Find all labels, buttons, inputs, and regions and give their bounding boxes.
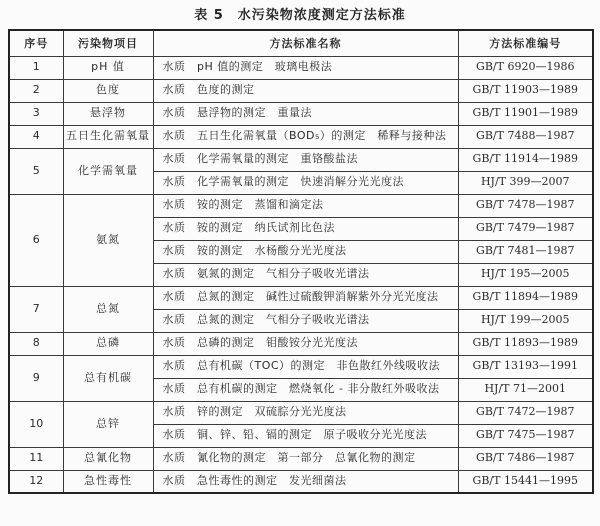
method-code-cell: GB/T 6920—1986 [458, 56, 593, 79]
method-name-cell: 水质 pH 值的测定 玻璃电极法 [153, 56, 458, 79]
pollutant-cell: 总锌 [63, 401, 153, 447]
pollutant-cell: 五日生化需氧量 [63, 125, 153, 148]
method-code-cell: HJ/T 399—2007 [458, 171, 593, 194]
pollutant-cell: pH 值 [63, 56, 153, 79]
table-row: 11总氰化物水质 氰化物的测定 第一部分 总氰化物的测定GB/T 7486—19… [9, 447, 593, 470]
method-name-cell: 水质 色度的测定 [153, 79, 458, 102]
method-name-cell: 水质 铵的测定 蒸馏和滴定法 [153, 194, 458, 217]
header-method-code: 方法标准编号 [458, 30, 593, 56]
table-row: 10总锌水质 锌的测定 双硫腙分光光度法GB/T 7472—1987 [9, 401, 593, 424]
serial-number-cell: 1 [9, 56, 63, 79]
serial-number-cell: 10 [9, 401, 63, 447]
pollutant-cell: 总氮 [63, 286, 153, 332]
method-code-cell: GB/T 7472—1987 [458, 401, 593, 424]
serial-number-cell: 3 [9, 102, 63, 125]
method-code-cell: GB/T 7478—1987 [458, 194, 593, 217]
serial-number-cell: 8 [9, 332, 63, 355]
standards-table: 序号 污染物项目 方法标准名称 方法标准编号 1pH 值水质 pH 值的测定 玻… [8, 29, 594, 494]
table-row: 3悬浮物水质 悬浮物的测定 重量法GB/T 11901—1989 [9, 102, 593, 125]
method-name-cell: 水质 化学需氧量的测定 重铬酸盐法 [153, 148, 458, 171]
pollutant-cell: 总有机碳 [63, 355, 153, 401]
method-code-cell: GB/T 7479—1987 [458, 217, 593, 240]
table-body: 1pH 值水质 pH 值的测定 玻璃电极法GB/T 6920—19862色度水质… [9, 56, 593, 493]
method-name-cell: 水质 铵的测定 水杨酸分光光度法 [153, 240, 458, 263]
pollutant-cell: 悬浮物 [63, 102, 153, 125]
table-row: 9总有机碳水质 总有机碳（TOC）的测定 非色散红外线吸收法GB/T 13193… [9, 355, 593, 378]
method-name-cell: 水质 铜、锌、铅、镉的测定 原子吸收分光光度法 [153, 424, 458, 447]
method-name-cell: 水质 总有机碳的测定 燃烧氧化 - 非分散红外吸收法 [153, 378, 458, 401]
pollutant-cell: 急性毒性 [63, 470, 153, 493]
pollutant-cell: 色度 [63, 79, 153, 102]
method-code-cell: GB/T 11903—1989 [458, 79, 593, 102]
table-row: 2色度水质 色度的测定GB/T 11903—1989 [9, 79, 593, 102]
method-name-cell: 水质 化学需氧量的测定 快速消解分光光度法 [153, 171, 458, 194]
table-row: 12急性毒性水质 急性毒性的测定 发光细菌法GB/T 15441—1995 [9, 470, 593, 493]
method-code-cell: GB/T 11893—1989 [458, 332, 593, 355]
serial-number-cell: 2 [9, 79, 63, 102]
document-page: 表 5 水污染物浓度测定方法标准 序号 污染物项目 方法标准名称 方法标准编号 … [0, 0, 600, 526]
table-title: 表 5 水污染物浓度测定方法标准 [0, 4, 600, 23]
method-name-cell: 水质 悬浮物的测定 重量法 [153, 102, 458, 125]
serial-number-cell: 12 [9, 470, 63, 493]
table-row: 5化学需氧量水质 化学需氧量的测定 重铬酸盐法GB/T 11914—1989 [9, 148, 593, 171]
method-code-cell: HJ/T 195—2005 [458, 263, 593, 286]
serial-number-cell: 5 [9, 148, 63, 194]
method-code-cell: GB/T 11901—1989 [458, 102, 593, 125]
table-row: 8总磷水质 总磷的测定 钼酸铵分光光度法GB/T 11893—1989 [9, 332, 593, 355]
method-code-cell: GB/T 11914—1989 [458, 148, 593, 171]
pollutant-cell: 化学需氧量 [63, 148, 153, 194]
serial-number-cell: 11 [9, 447, 63, 470]
method-code-cell: GB/T 13193—1991 [458, 355, 593, 378]
serial-number-cell: 6 [9, 194, 63, 286]
method-name-cell: 水质 总磷的测定 钼酸铵分光光度法 [153, 332, 458, 355]
table-row: 4五日生化需氧量水质 五日生化需氧量（BOD₅）的测定 稀释与接种法GB/T 7… [9, 125, 593, 148]
method-code-cell: GB/T 15441—1995 [458, 470, 593, 493]
method-code-cell: GB/T 7475—1987 [458, 424, 593, 447]
table-row: 6氨氮水质 铵的测定 蒸馏和滴定法GB/T 7478—1987 [9, 194, 593, 217]
serial-number-cell: 4 [9, 125, 63, 148]
method-code-cell: GB/T 7486—1987 [458, 447, 593, 470]
method-code-cell: GB/T 7481—1987 [458, 240, 593, 263]
serial-number-cell: 7 [9, 286, 63, 332]
method-name-cell: 水质 总有机碳（TOC）的测定 非色散红外线吸收法 [153, 355, 458, 378]
header-serial-number: 序号 [9, 30, 63, 56]
serial-number-cell: 9 [9, 355, 63, 401]
pollutant-cell: 总磷 [63, 332, 153, 355]
method-name-cell: 水质 锌的测定 双硫腙分光光度法 [153, 401, 458, 424]
method-code-cell: HJ/T 199—2005 [458, 309, 593, 332]
method-code-cell: HJ/T 71—2001 [458, 378, 593, 401]
method-name-cell: 水质 急性毒性的测定 发光细菌法 [153, 470, 458, 493]
pollutant-cell: 氨氮 [63, 194, 153, 286]
method-code-cell: GB/T 11894—1989 [458, 286, 593, 309]
method-name-cell: 水质 五日生化需氧量（BOD₅）的测定 稀释与接种法 [153, 125, 458, 148]
table-row: 1pH 值水质 pH 值的测定 玻璃电极法GB/T 6920—1986 [9, 56, 593, 79]
method-name-cell: 水质 铵的测定 纳氏试剂比色法 [153, 217, 458, 240]
table-row: 7总氮水质 总氮的测定 碱性过硫酸钾消解紫外分光光度法GB/T 11894—19… [9, 286, 593, 309]
method-code-cell: GB/T 7488—1987 [458, 125, 593, 148]
header-row: 序号 污染物项目 方法标准名称 方法标准编号 [9, 30, 593, 56]
header-pollutant: 污染物项目 [63, 30, 153, 56]
method-name-cell: 水质 总氮的测定 碱性过硫酸钾消解紫外分光光度法 [153, 286, 458, 309]
method-name-cell: 水质 氨氮的测定 气相分子吸收光谱法 [153, 263, 458, 286]
header-method-name: 方法标准名称 [153, 30, 458, 56]
method-name-cell: 水质 氰化物的测定 第一部分 总氰化物的测定 [153, 447, 458, 470]
pollutant-cell: 总氰化物 [63, 447, 153, 470]
method-name-cell: 水质 总氮的测定 气相分子吸收光谱法 [153, 309, 458, 332]
